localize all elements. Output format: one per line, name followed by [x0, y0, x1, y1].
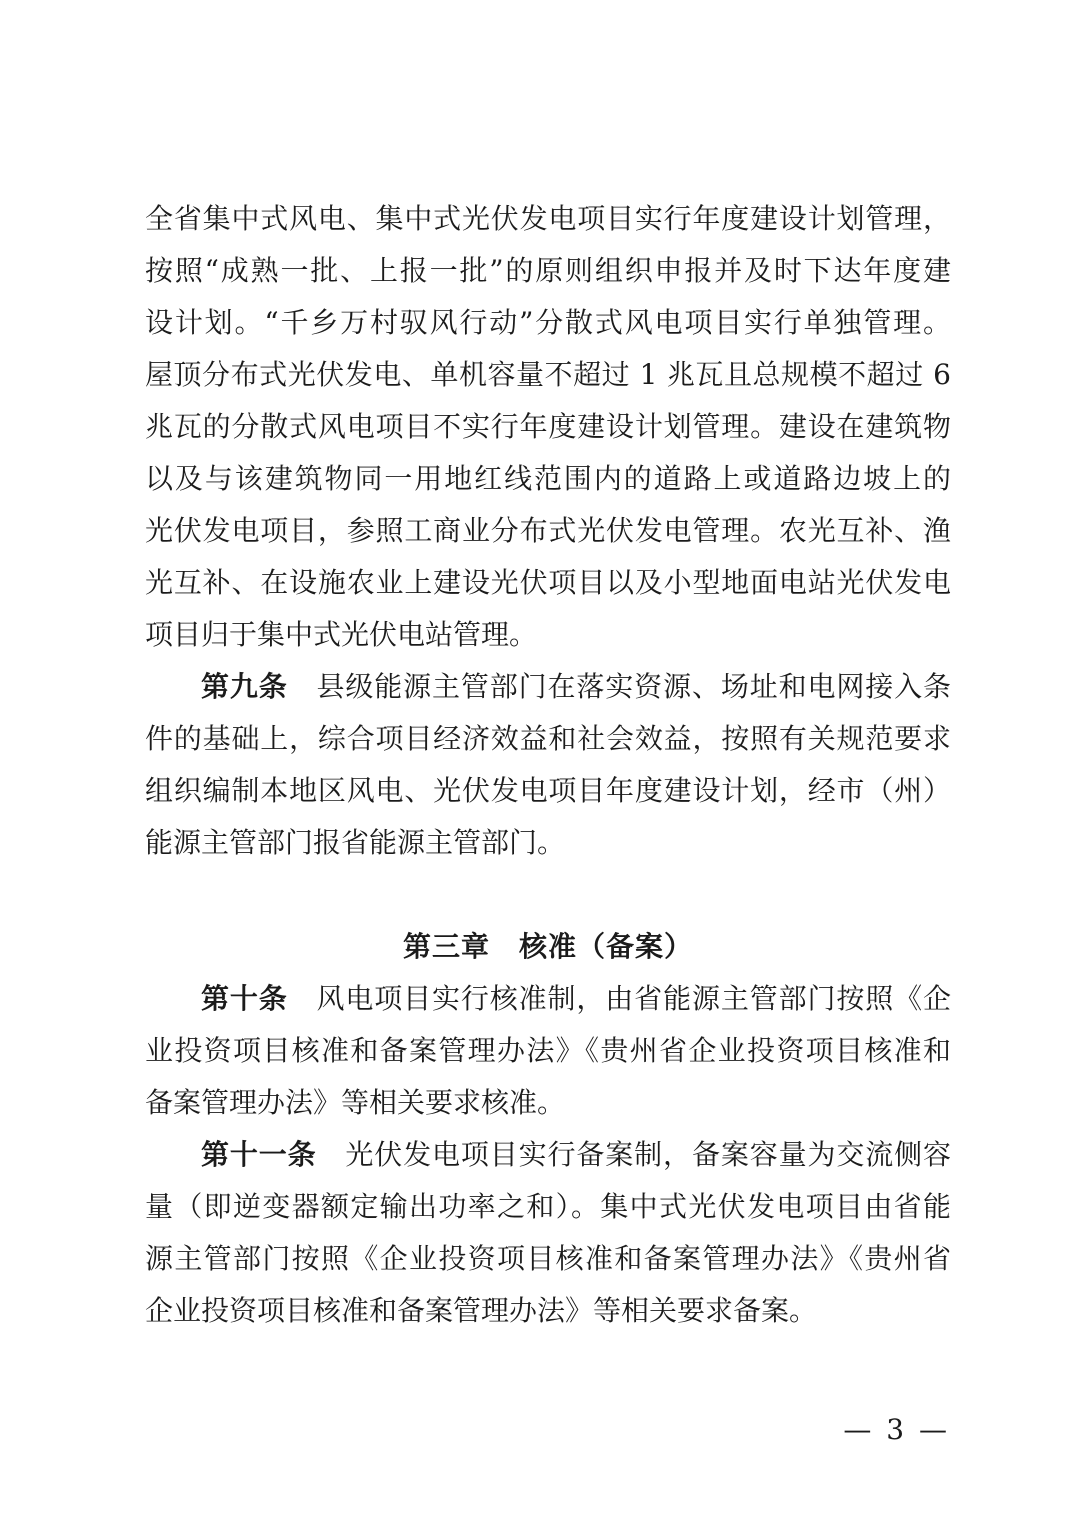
article-number: 第九条 — [201, 670, 288, 703]
text-segment: 光伏发电项目，参照工商业分布式光伏发电管理。农光互补、渔 — [145, 514, 951, 547]
text-segment: 组织编制本地区风电、光伏发电项目年度建设计划，经市（州） — [145, 774, 951, 807]
text-line: 光伏发电项目，参照工商业分布式光伏发电管理。农光互补、渔 — [145, 505, 951, 557]
text-segment: 按照“成熟一批、上报一批”的原则组织申报并及时下达年度建 — [145, 254, 951, 287]
text-line: 第十一条 光伏发电项目实行备案制，备案容量为交流侧容 — [145, 1129, 951, 1181]
text-segment: 业投资项目核准和备案管理办法》《贵州省企业投资项目核准和 — [145, 1034, 951, 1067]
text-line: 备案管理办法》等相关要求核准。 — [145, 1077, 951, 1129]
text-line: 第九条 县级能源主管部门在落实资源、场址和电网接入条 — [145, 661, 951, 713]
chapter-heading: 第三章 核准（备案） — [145, 921, 951, 973]
text-segment: 屋顶分布式光伏发电、单机容量不超过 1 兆瓦且总规模不超过 6 — [145, 358, 951, 391]
text-segment: 以及与该建筑物同一用地红线范围内的道路上或道路边坡上的 — [145, 462, 951, 495]
article-number: 第十条 — [201, 982, 288, 1015]
page-footer: — 3 — — [843, 1414, 947, 1446]
text-line: 件的基础上，综合项目经济效益和社会效益，按照有关规范要求 — [145, 713, 951, 765]
text-segment: 项目归于集中式光伏电站管理。 — [145, 618, 537, 651]
text-line: 业投资项目核准和备案管理办法》《贵州省企业投资项目核准和 — [145, 1025, 951, 1077]
text-segment: 光伏发电项目实行备案制，备案容量为交流侧容 — [317, 1138, 951, 1171]
text-segment: 源主管部门按照《企业投资项目核准和备案管理办法》《贵州省 — [145, 1242, 951, 1275]
text-line: 源主管部门按照《企业投资项目核准和备案管理办法》《贵州省 — [145, 1233, 951, 1285]
text-segment: 能源主管部门报省能源主管部门。 — [145, 826, 565, 859]
text-segment: 县级能源主管部门在落实资源、场址和电网接入条 — [288, 670, 951, 703]
document-body: 全省集中式风电、集中式光伏发电项目实行年度建设计划管理，按照“成熟一批、上报一批… — [145, 193, 951, 1337]
text-line: 能源主管部门报省能源主管部门。 — [145, 817, 951, 869]
text-segment: 风电项目实行核准制，由省能源主管部门按照《企 — [288, 982, 951, 1015]
text-segment: 全省集中式风电、集中式光伏发电项目实行年度建设计划管理， — [145, 202, 951, 235]
page-number: — 3 — — [843, 1413, 947, 1446]
text-segment: 企业投资项目核准和备案管理办法》等相关要求备案。 — [145, 1294, 817, 1327]
text-line: 第十条 风电项目实行核准制，由省能源主管部门按照《企 — [145, 973, 951, 1025]
text-line: 项目归于集中式光伏电站管理。 — [145, 609, 951, 661]
text-line: 兆瓦的分散式风电项目不实行年度建设计划管理。建设在建筑物 — [145, 401, 951, 453]
text-segment: 光互补、在设施农业上建设光伏项目以及小型地面电站光伏发电 — [145, 566, 951, 599]
article-number: 第十一条 — [201, 1138, 317, 1171]
text-line: 组织编制本地区风电、光伏发电项目年度建设计划，经市（州） — [145, 765, 951, 817]
text-line: 按照“成熟一批、上报一批”的原则组织申报并及时下达年度建 — [145, 245, 951, 297]
text-segment: 量（即逆变器额定输出功率之和）。集中式光伏发电项目由省能 — [145, 1190, 951, 1223]
text-segment: 备案管理办法》等相关要求核准。 — [145, 1086, 565, 1119]
text-line: 光互补、在设施农业上建设光伏项目以及小型地面电站光伏发电 — [145, 557, 951, 609]
text-segment: 件的基础上，综合项目经济效益和社会效益，按照有关规范要求 — [145, 722, 951, 755]
text-segment: 兆瓦的分散式风电项目不实行年度建设计划管理。建设在建筑物 — [145, 410, 951, 443]
text-line: 企业投资项目核准和备案管理办法》等相关要求备案。 — [145, 1285, 951, 1337]
text-line: 全省集中式风电、集中式光伏发电项目实行年度建设计划管理， — [145, 193, 951, 245]
document-page: 全省集中式风电、集中式光伏发电项目实行年度建设计划管理，按照“成熟一批、上报一批… — [0, 0, 1080, 1527]
text-line: 量（即逆变器额定输出功率之和）。集中式光伏发电项目由省能 — [145, 1181, 951, 1233]
text-line: 设计划。“千乡万村驭风行动”分散式风电项目实行单独管理。 — [145, 297, 951, 349]
text-line: 以及与该建筑物同一用地红线范围内的道路上或道路边坡上的 — [145, 453, 951, 505]
text-line: 屋顶分布式光伏发电、单机容量不超过 1 兆瓦且总规模不超过 6 — [145, 349, 951, 401]
text-segment: 设计划。“千乡万村驭风行动”分散式风电项目实行单独管理。 — [145, 306, 951, 339]
